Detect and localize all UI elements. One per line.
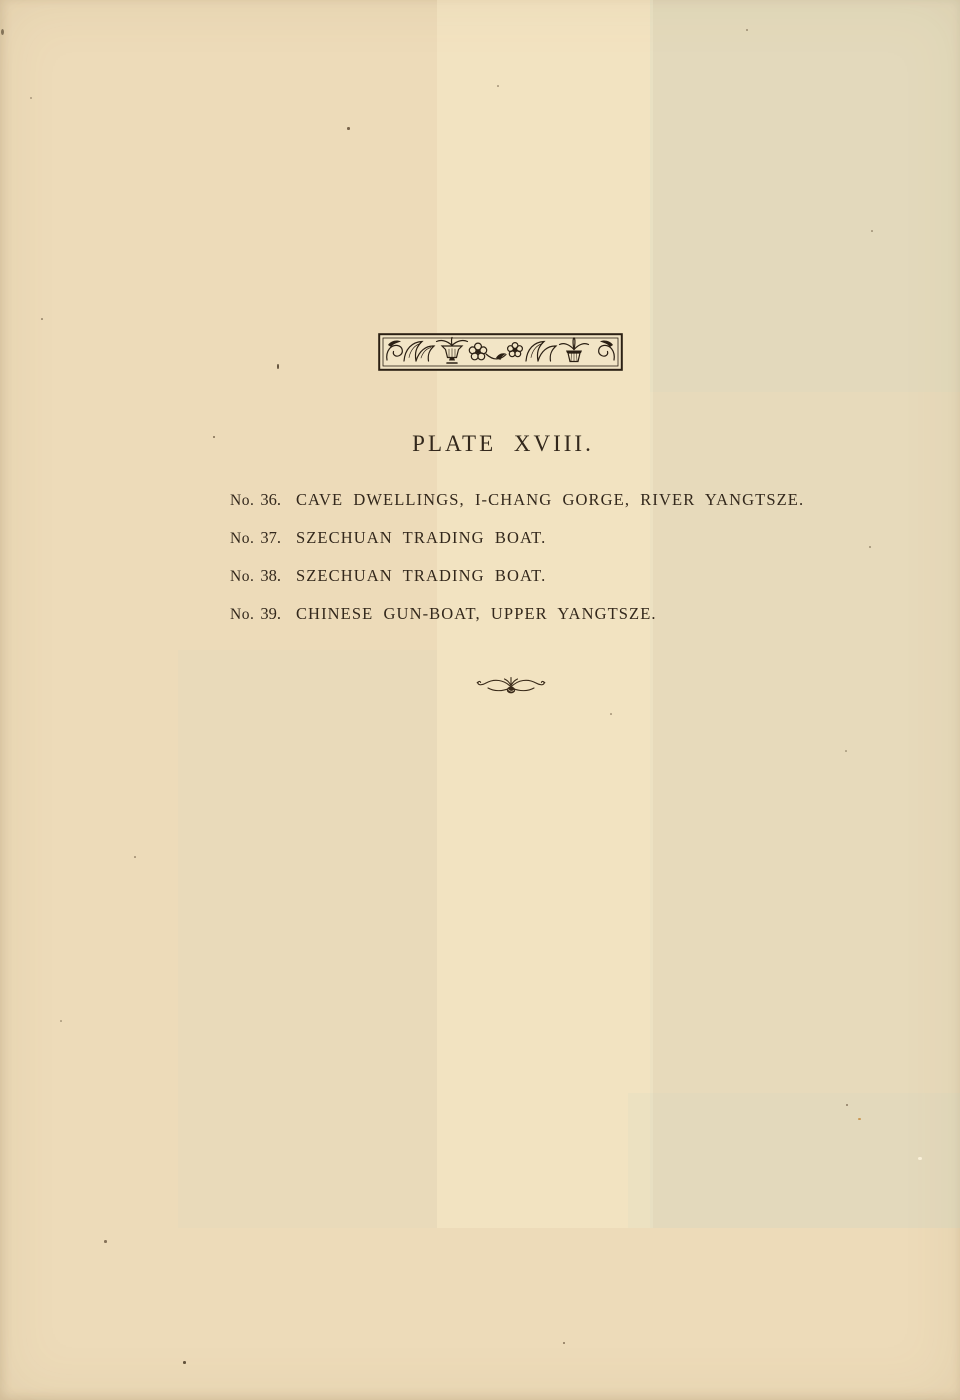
plate-no-label: No. <box>230 569 254 585</box>
paper-patch-right <box>650 0 960 1228</box>
tailpiece-ornament <box>472 672 550 698</box>
foxing-speck <box>30 97 32 99</box>
header-ornament-band <box>378 332 623 372</box>
foxing-speck <box>347 127 350 130</box>
foxing-speck <box>104 1240 107 1243</box>
plate-number: 39. <box>260 606 281 623</box>
foxing-speck <box>134 856 136 858</box>
plate-number: 38. <box>260 568 281 585</box>
page: PLATE XVIII. No. 36. CAVE DWELLINGS, I-C… <box>0 0 960 1400</box>
foxing-speck <box>563 1342 565 1344</box>
scroll-palmette-icon <box>472 672 550 698</box>
foxing-speck <box>41 318 43 320</box>
paper-patch-right-top <box>650 0 960 392</box>
plate-caption: CAVE DWELLINGS, I-CHANG GORGE, RIVER YAN… <box>296 492 804 509</box>
foxing-speck <box>871 230 873 232</box>
plate-caption: SZECHUAN TRADING BOAT. <box>296 530 546 547</box>
foxing-speck <box>918 1157 922 1160</box>
paper-patch-left-mid <box>178 650 437 1228</box>
plate-row-38: No. 38. SZECHUAN TRADING BOAT. <box>230 568 546 585</box>
plate-caption: SZECHUAN TRADING BOAT. <box>296 568 546 585</box>
foxing-speck <box>610 713 612 715</box>
foxing-speck <box>1 29 4 35</box>
foxing-speck <box>858 1118 861 1120</box>
plate-no-label: No. <box>230 493 254 509</box>
foxing-speck <box>277 364 279 369</box>
plate-number: 36. <box>260 492 281 509</box>
paper-patch-right-bottom <box>628 1093 960 1228</box>
plate-no-label: No. <box>230 531 254 547</box>
page-title: PLATE XVIII. <box>412 431 594 457</box>
plate-row-36: No. 36. CAVE DWELLINGS, I-CHANG GORGE, R… <box>230 492 804 509</box>
foxing-speck <box>869 546 871 548</box>
plate-caption: CHINESE GUN-BOAT, UPPER YANGTSZE. <box>296 606 657 623</box>
foxing-speck <box>845 750 847 752</box>
plate-row-39: No. 39. CHINESE GUN-BOAT, UPPER YANGTSZE… <box>230 606 657 623</box>
foxing-speck <box>846 1104 848 1106</box>
foxing-speck <box>60 1020 62 1022</box>
foxing-speck <box>497 85 499 87</box>
plate-no-label: No. <box>230 607 254 623</box>
plate-number: 37. <box>260 530 281 547</box>
foxing-speck <box>183 1361 186 1364</box>
foxing-speck <box>746 29 748 31</box>
foxing-speck <box>213 436 215 438</box>
foliate-band-icon <box>378 332 623 372</box>
plate-row-37: No. 37. SZECHUAN TRADING BOAT. <box>230 530 546 547</box>
